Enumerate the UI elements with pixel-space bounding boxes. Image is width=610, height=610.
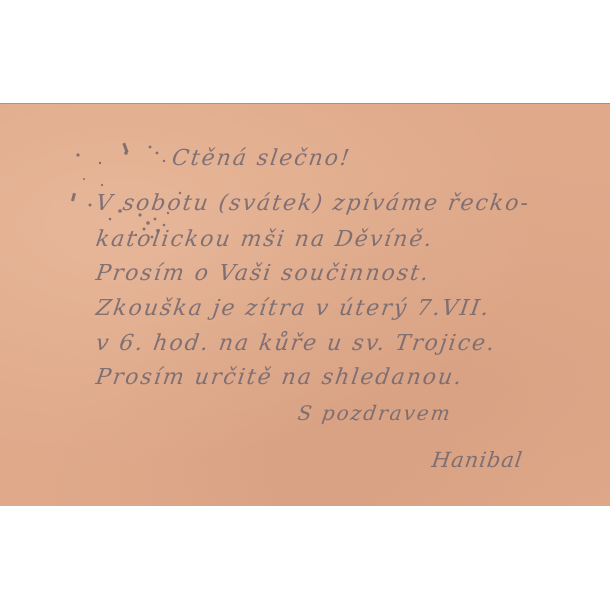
salutation: Ctěná slečno!: [170, 146, 352, 171]
postcard: Ctěná slečno! V sobotu (svátek) zpíváme …: [0, 103, 610, 506]
body-line-1: V sobotu (svátek) zpíváme řecko-: [94, 191, 531, 216]
body-line-5: v 6. hod. na kůře u sv. Trojice.: [94, 331, 498, 356]
body-line-4: Zkouška je zítra v úterý 7.VII.: [94, 296, 492, 321]
signature: Hanibal: [430, 448, 524, 472]
body-line-3: Prosím o Vaši součinnost.: [94, 261, 432, 286]
postmark-stamp-icon: [40, 123, 190, 243]
body-line-2: katolickou mši na Děvíně.: [94, 227, 435, 252]
body-line-6: Prosím určitě na shledanou.: [94, 365, 465, 390]
closing: S pozdravem: [296, 401, 453, 425]
